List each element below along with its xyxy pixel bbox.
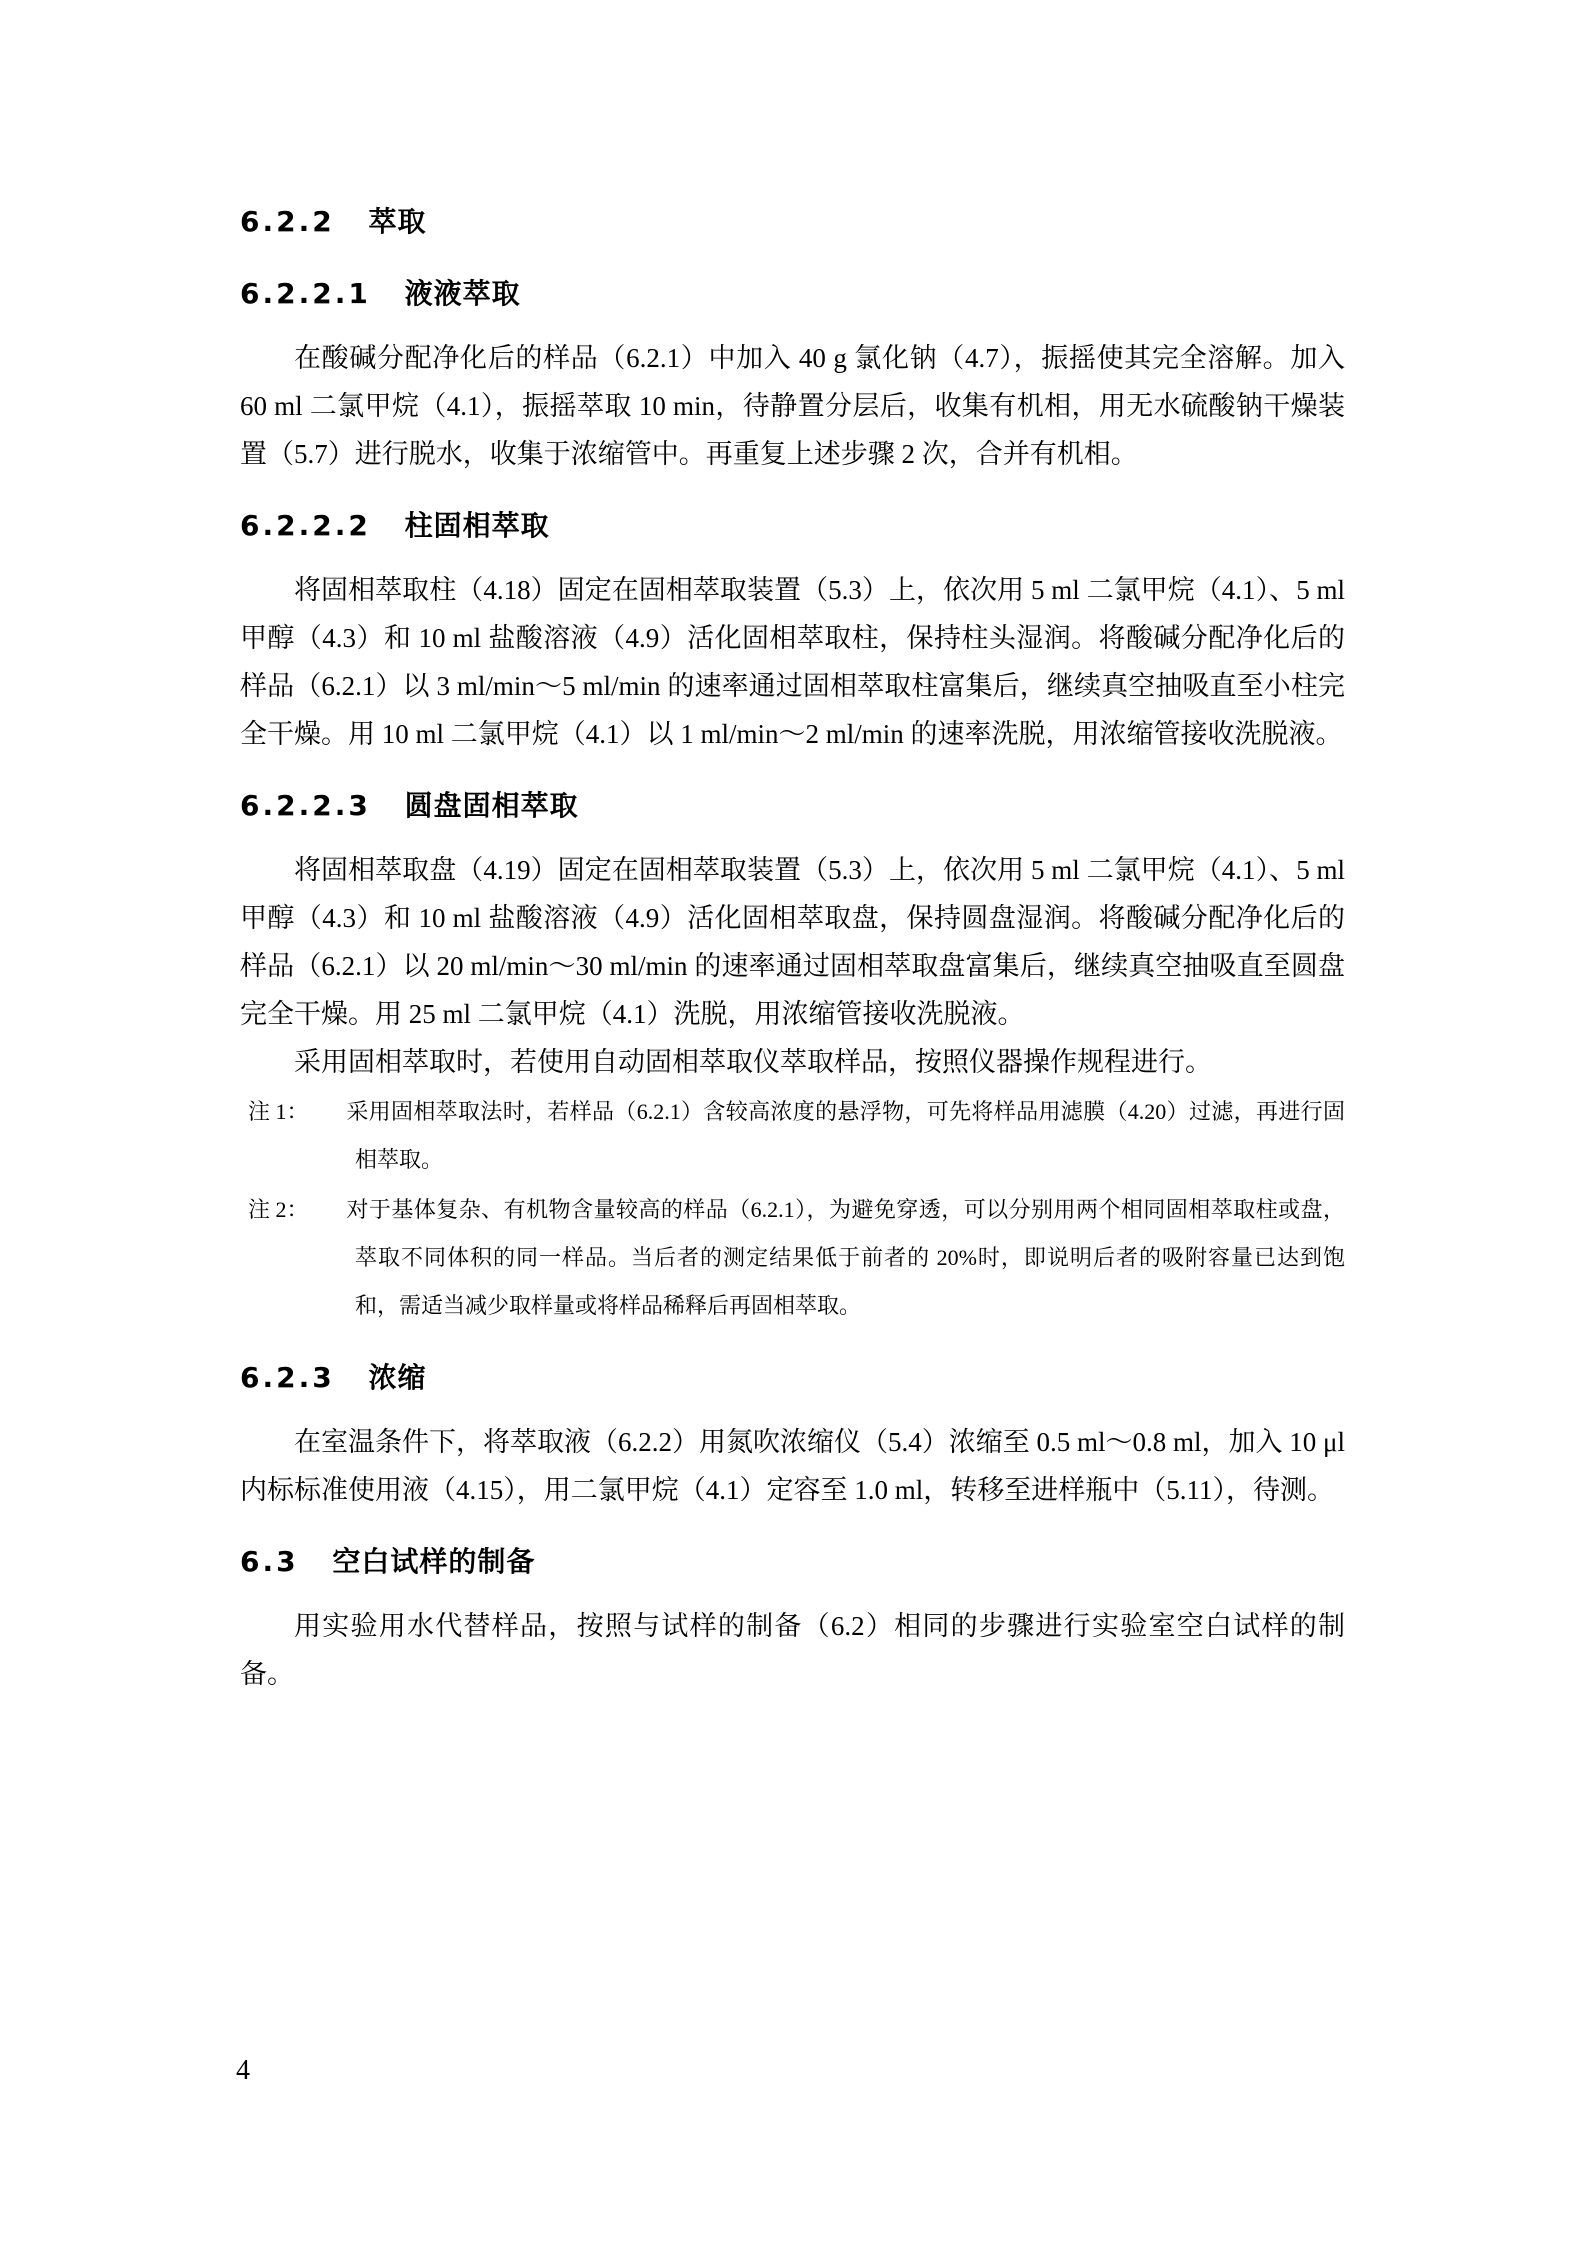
section-number: 6.3 (240, 1545, 299, 1578)
section-heading-6-2-2-3: 6.2.2.3 圆盘固相萃取 (240, 782, 1345, 830)
section-title: 液液萃取 (405, 277, 521, 310)
section-heading-6-2-2-2: 6.2.2.2 柱固相萃取 (240, 502, 1345, 550)
paragraph-auto-spe: 采用固相萃取时，若使用自动固相萃取仪萃取样品，按照仪器操作规程进行。 (240, 1038, 1345, 1086)
note-2-text: 对于基体复杂、有机物含量较高的样品（6.2.1），为避免穿透，可以分别用两个相同… (346, 1197, 1345, 1318)
page-number: 4 (236, 2049, 250, 2093)
section-number: 6.2.2 (240, 205, 335, 238)
paragraph-liquid-liquid-extraction: 在酸碱分配净化后的样品（6.2.1）中加入 40 g 氯化钠（4.7），振摇使其… (240, 334, 1345, 478)
section-heading-6-3: 6.3 空白试样的制备 (240, 1538, 1345, 1586)
document-page: 6.2.2 萃取 6.2.2.1 液液萃取 在酸碱分配净化后的样品（6.2.1）… (0, 0, 1587, 2245)
section-title: 空白试样的制备 (332, 1545, 535, 1578)
note-2: 注 2：对于基体复杂、有机物含量较高的样品（6.2.1），为避免穿透，可以分别用… (240, 1186, 1345, 1330)
section-heading-6-2-3: 6.2.3 浓缩 (240, 1354, 1345, 1402)
paragraph-blank-sample: 用实验用水代替样品，按照与试样的制备（6.2）相同的步骤进行实验室空白试样的制备… (240, 1602, 1345, 1698)
section-number: 6.2.2.2 (240, 509, 371, 542)
note-1-text: 采用固相萃取法时，若样品（6.2.1）含较高浓度的悬浮物，可先将样品用滤膜（4.… (346, 1099, 1345, 1172)
section-title: 萃取 (368, 205, 426, 238)
note-2-label: 注 2： (248, 1186, 346, 1234)
section-number: 6.2.2.3 (240, 789, 371, 822)
note-1: 注 1：采用固相萃取法时，若样品（6.2.1）含较高浓度的悬浮物，可先将样品用滤… (240, 1088, 1345, 1184)
document-content: 6.2.2 萃取 6.2.2.1 液液萃取 在酸碱分配净化后的样品（6.2.1）… (240, 198, 1345, 1698)
paragraph-disk-spe: 将固相萃取盘（4.19）固定在固相萃取装置（5.3）上，依次用 5 ml 二氯甲… (240, 846, 1345, 1038)
paragraph-column-spe: 将固相萃取柱（4.18）固定在固相萃取装置（5.3）上，依次用 5 ml 二氯甲… (240, 566, 1345, 758)
section-title: 圆盘固相萃取 (405, 789, 579, 822)
paragraph-concentration: 在室温条件下，将萃取液（6.2.2）用氮吹浓缩仪（5.4）浓缩至 0.5 ml～… (240, 1418, 1345, 1514)
section-heading-6-2-2: 6.2.2 萃取 (240, 198, 1345, 246)
section-number: 6.2.2.1 (240, 277, 371, 310)
section-number: 6.2.3 (240, 1361, 335, 1394)
note-1-label: 注 1： (248, 1088, 346, 1136)
section-title: 浓缩 (368, 1361, 426, 1394)
section-heading-6-2-2-1: 6.2.2.1 液液萃取 (240, 270, 1345, 318)
section-title: 柱固相萃取 (405, 509, 550, 542)
